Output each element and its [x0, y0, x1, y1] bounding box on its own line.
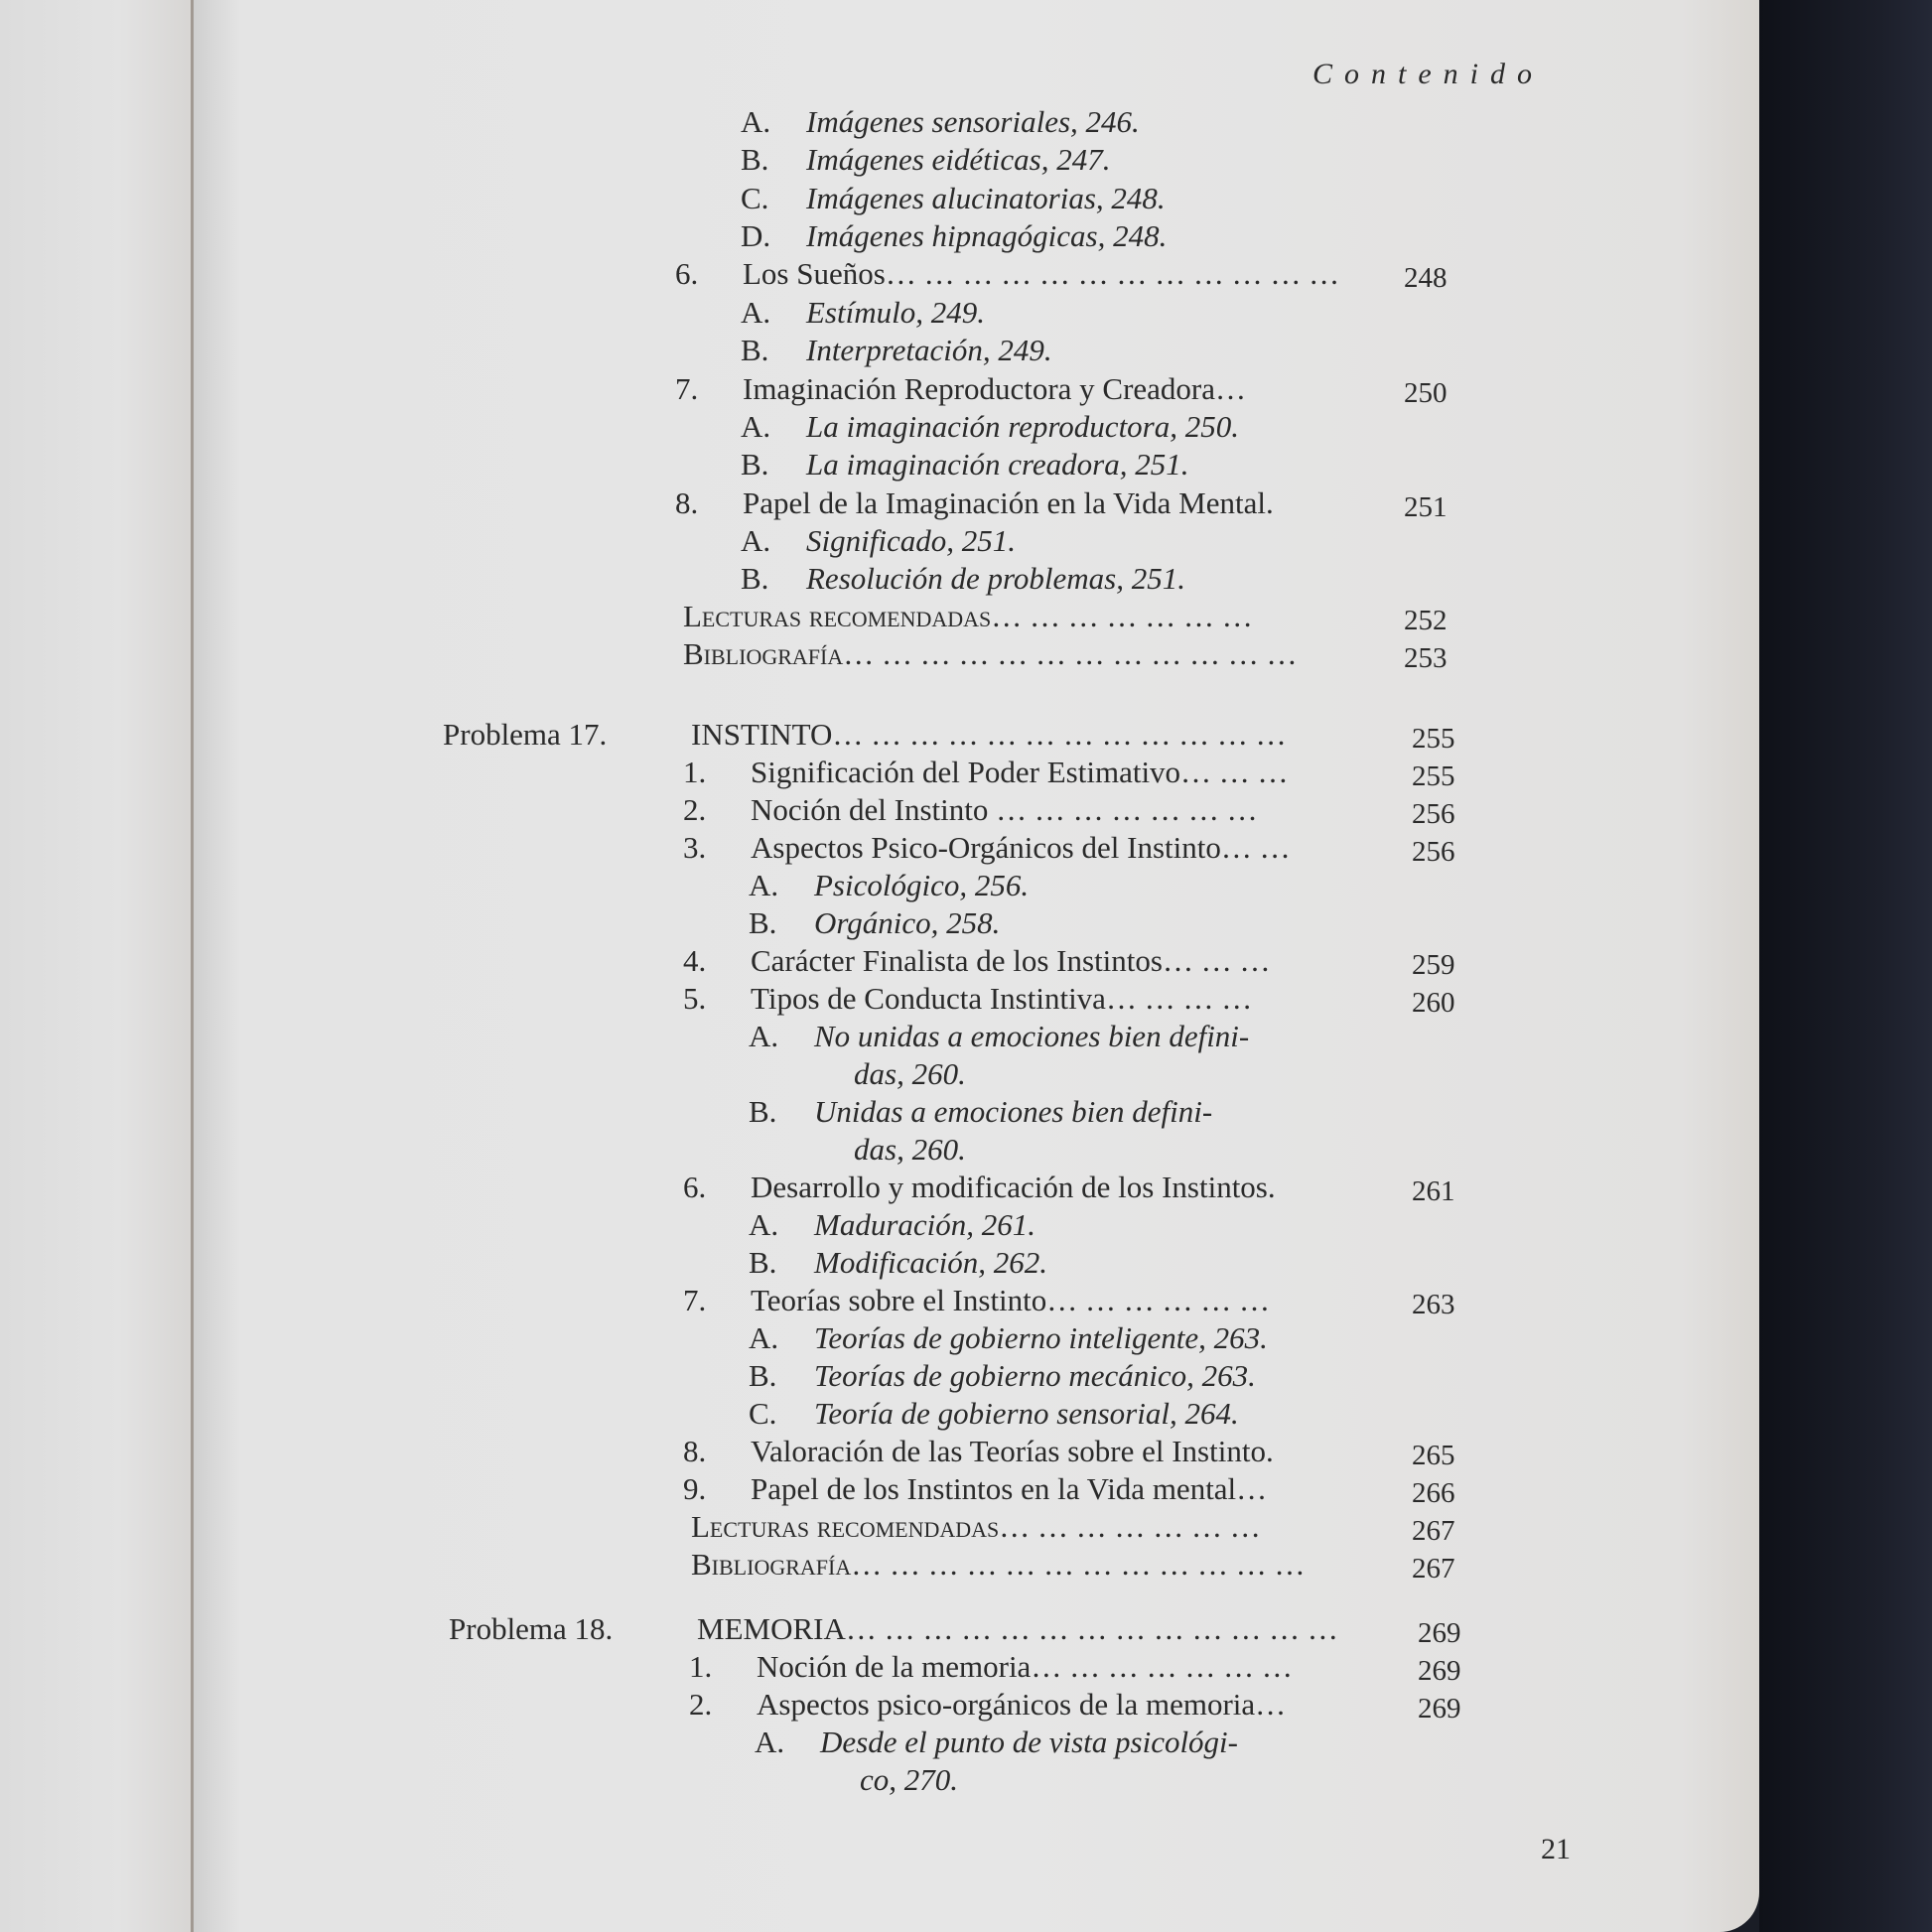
page-ref: 260	[1412, 987, 1455, 1020]
page-ref: 269	[1418, 1655, 1461, 1688]
toc-entry: Bibliografía… … … … … … … … … … … …	[683, 636, 1297, 672]
page-ref: 255	[1412, 760, 1455, 793]
toc-entry: Valoración de las Teorías sobre el Insti…	[751, 1434, 1274, 1469]
entry-marker: B.	[741, 142, 768, 178]
toc-entry: Noción de la memoria… … … … … … …	[757, 1649, 1293, 1685]
toc-entry: Teorías de gobierno mecánico, 263.	[814, 1358, 1256, 1394]
entry-marker: A.	[749, 1320, 778, 1356]
entry-marker: 7.	[683, 1283, 706, 1318]
entry-marker: B.	[749, 1245, 776, 1281]
page-ref: 250	[1404, 377, 1448, 410]
toc-entry: No unidas a emociones bien defini-	[814, 1019, 1249, 1054]
page-ref: 263	[1412, 1289, 1455, 1321]
facing-page	[0, 0, 199, 1932]
page-ref: 251	[1404, 491, 1448, 524]
toc-entry: Unidas a emociones bien defini-	[814, 1094, 1212, 1130]
entry-marker: 1.	[689, 1649, 712, 1685]
toc-entry: INSTINTO… … … … … … … … … … … …	[691, 717, 1287, 753]
toc-entry: Imágenes eidéticas, 247.	[806, 142, 1110, 178]
entry-marker: B.	[741, 447, 768, 483]
toc-entry: Aspectos psico-orgánicos de la memoria…	[757, 1687, 1286, 1723]
toc-entry: das, 260.	[854, 1132, 966, 1168]
page-ref: 267	[1412, 1553, 1455, 1586]
page-ref: 248	[1404, 262, 1448, 295]
toc-entry: Papel de los Instintos en la Vida mental…	[751, 1471, 1267, 1507]
page-ref: 267	[1412, 1515, 1455, 1548]
problem-label: Problema 17.	[443, 717, 607, 753]
entry-marker: B.	[749, 905, 776, 941]
entry-marker: B.	[741, 561, 768, 597]
toc-entry: Imaginación Reproductora y Creadora…	[743, 371, 1246, 407]
toc-entry: Papel de la Imaginación en la Vida Menta…	[743, 485, 1274, 521]
toc-entry: Significado, 251.	[806, 523, 1016, 559]
entry-marker: A.	[749, 1019, 778, 1054]
toc-entry: La imaginación creadora, 251.	[806, 447, 1188, 483]
toc-entry: Modificación, 262.	[814, 1245, 1047, 1281]
entry-marker: 6.	[683, 1170, 706, 1205]
toc-entry: Imágenes alucinatorias, 248.	[806, 181, 1166, 216]
entry-marker: A.	[749, 1207, 778, 1243]
toc-entry: Tipos de Conducta Instintiva… … … …	[751, 981, 1252, 1017]
entry-marker: A.	[741, 295, 770, 331]
toc-entry: MEMORIA… … … … … … … … … … … … …	[697, 1611, 1338, 1647]
toc-entry: Maduración, 261.	[814, 1207, 1035, 1243]
toc-entry: Lecturas recomendadas… … … … … … …	[683, 599, 1253, 634]
page-ref: 252	[1404, 605, 1448, 637]
toc-entry: Aspectos Psico-Orgánicos del Instinto… …	[751, 830, 1291, 866]
entry-marker: A.	[741, 104, 770, 140]
running-head: Contenido	[1312, 58, 1544, 91]
page-ref: 266	[1412, 1477, 1455, 1510]
page-ref: 253	[1404, 642, 1448, 675]
page-ref: 269	[1418, 1617, 1461, 1650]
toc-entry: co, 270.	[860, 1762, 958, 1798]
toc-entry: La imaginación reproductora, 250.	[806, 409, 1239, 445]
entry-marker: 3.	[683, 830, 706, 866]
toc-entry: Significación del Poder Estimativo… … …	[751, 755, 1289, 790]
toc-entry: Carácter Finalista de los Instintos… … …	[751, 943, 1270, 979]
entry-marker: C.	[741, 181, 768, 216]
page-ref: 269	[1418, 1693, 1461, 1725]
entry-marker: A.	[755, 1725, 784, 1760]
entry-marker: A.	[741, 523, 770, 559]
toc-entry: Teorías sobre el Instinto… … … … … …	[751, 1283, 1270, 1318]
toc-entry: Resolución de problemas, 251.	[806, 561, 1185, 597]
problem-label: Problema 18.	[449, 1611, 613, 1647]
toc-entry: Noción del Instinto … … … … … … …	[751, 792, 1258, 828]
toc-entry: Interpretación, 249.	[806, 333, 1052, 368]
toc-entry: Los Sueños… … … … … … … … … … … …	[743, 256, 1339, 292]
entry-marker: B.	[741, 333, 768, 368]
entry-marker: 9.	[683, 1471, 706, 1507]
entry-marker: 8.	[683, 1434, 706, 1469]
toc-entry: Psicológico, 256.	[814, 868, 1029, 903]
page-ref: 256	[1412, 836, 1455, 869]
page-ref: 261	[1412, 1175, 1455, 1208]
page-ref: 265	[1412, 1440, 1455, 1472]
entry-marker: B.	[749, 1358, 776, 1394]
toc-entry: Orgánico, 258.	[814, 905, 1000, 941]
toc-entry: Imágenes hipnagógicas, 248.	[806, 218, 1167, 254]
entry-marker: D.	[741, 218, 770, 254]
toc-entry: Teorías de gobierno inteligente, 263.	[814, 1320, 1268, 1356]
entry-marker: 1.	[683, 755, 706, 790]
entry-marker: 7.	[675, 371, 698, 407]
page-ref: 255	[1412, 723, 1455, 756]
entry-marker: B.	[749, 1094, 776, 1130]
entry-marker: 4.	[683, 943, 706, 979]
page-ref: 259	[1412, 949, 1455, 982]
toc-entry: Estímulo, 249.	[806, 295, 985, 331]
toc-entry: Desarrollo y modificación de los Instint…	[751, 1170, 1276, 1205]
entry-marker: A.	[749, 868, 778, 903]
page-number: 21	[1541, 1833, 1571, 1866]
entry-marker: C.	[749, 1396, 776, 1432]
page-ref: 256	[1412, 798, 1455, 831]
entry-marker: 6.	[675, 256, 698, 292]
entry-marker: 5.	[683, 981, 706, 1017]
entry-marker: 2.	[683, 792, 706, 828]
entry-marker: 8.	[675, 485, 698, 521]
entry-marker: 2.	[689, 1687, 712, 1723]
toc-entry: Bibliografía… … … … … … … … … … … …	[691, 1547, 1305, 1583]
entry-marker: A.	[741, 409, 770, 445]
toc-entry: Desde el punto de vista psicológi-	[820, 1725, 1238, 1760]
toc-entry: das, 260.	[854, 1056, 966, 1092]
background-surface	[1759, 0, 1932, 1932]
toc-entry: Imágenes sensoriales, 246.	[806, 104, 1140, 140]
toc-entry: Lecturas recomendadas… … … … … … …	[691, 1509, 1261, 1545]
toc-entry: Teoría de gobierno sensorial, 264.	[814, 1396, 1239, 1432]
